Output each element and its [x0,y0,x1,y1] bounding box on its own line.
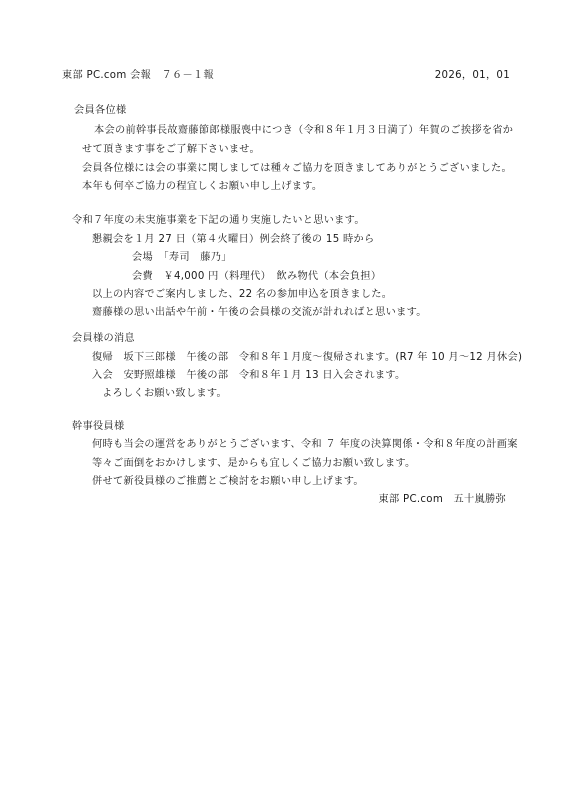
greeting-heading: 会員各位様 [74,104,126,118]
members-line: よろしくお願い致します。 [102,387,227,401]
greeting-line: 本年も何卒ご協力の程宜しくお願い申し上げます。 [82,180,322,194]
signature: 東部 PC.com 五十嵐勝弥 [379,493,507,507]
greeting-line: 本会の前幹事長故齋藤節郎様服喪中につき（令和８年１月３日満了）年賀のご挨拶を省か [94,124,513,138]
document-page: 東部 PC.com 会報 ７６－１報 2026，01，01 会員各位様 本会の前… [0,0,566,800]
event-fee: 会費 ￥4,000 円（料理代） 飲み物代（本会負担） [132,270,381,284]
officers-line: 等々ご面倒をおかけします、是からも宜しくご協力お願い致します。 [92,457,415,471]
officers-line: 何時も当会の運営をありがとうございます、令和 ７ 年度の決算関係・令和８年度の計… [92,438,518,452]
event-heading: 令和７年度の未実施事業を下記の通り実施したいと思います。 [72,214,365,228]
officers-line: 併せて新役員様のご推薦とご検討をお願い申し上げます。 [92,475,364,489]
event-line: 齋藤様の思い出話や午前・午後の会員様の交流が計れればと思います。 [92,306,427,320]
newsletter-title: 東部 PC.com 会報 ７６－１報 [62,69,214,83]
members-line: 入会 安野照雄様 午後の部 令和８年１月 13 日入会されます。 [92,369,405,383]
members-line: 復帰 坂下三郎様 午後の部 令和８年１月度～復帰されます。(R7 年 10 月～… [92,351,522,365]
event-line: 以上の内容でご案内しました、22 名の参加申込を頂きました。 [92,288,392,302]
event-venue: 会場 「寿司 藤乃」 [132,251,232,265]
greeting-line: 会員各位様には会の事業に関しましては種々ご協力を頂きましてありがとうございました… [82,162,512,176]
officers-heading: 幹事役員様 [72,420,124,434]
issue-date: 2026，01，01 [435,69,510,83]
event-line: 懇親会を１月 27 日（第４火曜日）例会終了後の 15 時から [92,233,375,247]
members-heading: 会員様の消息 [72,332,135,346]
greeting-line: せて頂きます事をご了解下さいませ。 [82,143,260,157]
